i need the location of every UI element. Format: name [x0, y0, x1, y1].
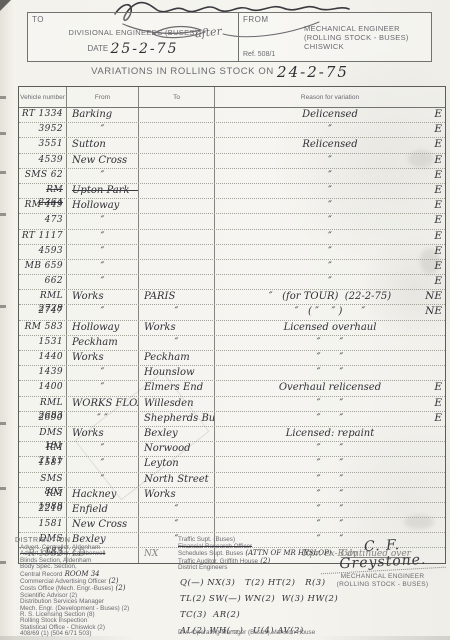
licence-flag: E — [434, 230, 442, 243]
from-cell: ″ — [67, 245, 139, 259]
from-cell: ″ — [67, 457, 139, 471]
from-cell: Works — [67, 427, 139, 441]
vehicle-number-cell: RM 2111 — [19, 442, 67, 456]
reason-text: ″ — [247, 199, 413, 212]
from-line: (ROLLING STOCK - BUSES) — [304, 33, 409, 42]
table-row: 1400″Elmers EndOverhaul relicensedE — [19, 381, 445, 396]
reason-text: Relicensed — [247, 138, 413, 151]
from-line: CHISWICK — [304, 42, 409, 51]
table-row: 2747″″″ ( ″ ″ ) ″NE — [19, 305, 445, 320]
vehicle-number-cell: RM 449 — [19, 199, 67, 213]
reason-cell: ″E — [215, 230, 445, 244]
reason-cell: ″E — [215, 184, 445, 198]
reason-cell: ″ ″ — [215, 442, 445, 456]
distribution-bottom-line: Divl. Operating Manager (Buses) Mansion … — [178, 629, 315, 636]
reason-text: ″ ″ — [247, 366, 413, 379]
table-row: RML 2683WORKS FLOATWillesden″ ″E — [19, 397, 445, 412]
reason-cell: ″E — [215, 214, 445, 228]
to-cell — [139, 123, 215, 137]
header-box: TO DIVISIONAL ENGINEERS (BUSES) DATE 25-… — [27, 12, 432, 62]
licence-flag: E — [434, 412, 442, 425]
to-label: TO — [32, 15, 44, 24]
to-cell: Works — [139, 488, 215, 502]
reason-cell: Overhaul relicensedE — [215, 381, 445, 395]
from-cell: ″ — [67, 230, 139, 244]
variations-table: Vehicle number From To Reason for variat… — [18, 86, 446, 564]
table-row: 1587″Leyton″ ″ — [19, 457, 445, 472]
signatory-title: (ROLLING STOCK - BUSES) — [320, 581, 445, 589]
reason-cell: ″ ″E — [215, 397, 445, 411]
table-row: RM 1988HackneyWorks″ ″ — [19, 488, 445, 503]
from-cell: New Cross — [67, 154, 139, 168]
document-title: VARIATIONS IN ROLLING STOCK ON 24-2-75 — [0, 63, 440, 81]
reason-text: ″ ″ — [247, 473, 413, 486]
from-cell: ″ — [67, 260, 139, 274]
reason-text: ″ ″ — [247, 442, 413, 455]
licence-flag: E — [434, 169, 442, 182]
vehicle-number-cell: 1581 — [19, 518, 67, 532]
handwritten-addition: (2) — [113, 584, 125, 592]
scan-edge-mark — [0, 487, 6, 490]
vehicle-number-cell: RT 1117 — [19, 230, 67, 244]
reason-cell: ″E — [215, 123, 445, 137]
from-cell: WORKS FLOAT — [67, 397, 139, 411]
from-cell: ″ ″ — [67, 412, 139, 426]
reason-cell: ″ ″ — [215, 503, 445, 517]
reason-cell: ″ ″ — [215, 351, 445, 365]
from-cell: Holloway — [67, 199, 139, 213]
reason-cell: RelicensedE — [215, 138, 445, 152]
table-row: RM 449Holloway″E — [19, 199, 445, 214]
vehicle-number-cell: 1439 — [19, 366, 67, 380]
district-code-line: TC(3) AR(2) — [180, 607, 338, 623]
vehicle-number-cell: SMS 805 — [19, 473, 67, 487]
handwritten-addition: (2) — [258, 557, 270, 565]
distribution-item: Central Record ROOM 34 — [20, 571, 180, 578]
vehicle-number-cell: MB 659 — [19, 260, 67, 274]
reason-text: ″ ″ — [247, 397, 413, 410]
licence-flag: E — [434, 245, 442, 258]
scan-corner-artifact — [0, 0, 11, 11]
table-row: 1439″Hounslow″ ″ — [19, 366, 445, 381]
signature-block: C. F. Greystone. MECHANICAL ENGINEER (RO… — [320, 538, 445, 589]
to-cell: Shepherds Bush — [139, 412, 215, 426]
table-row: 2210Enfield″″ ″ — [19, 503, 445, 518]
district-code-line: Q(—) NX(3) T(2) HT(2) R(3) — [180, 575, 338, 591]
to-cell — [139, 138, 215, 152]
to-cell — [139, 230, 215, 244]
reason-cell: ″ ″ — [215, 457, 445, 471]
from-line: MECHANICAL ENGINEER — [304, 24, 409, 33]
from-cell: Peckham — [67, 336, 139, 350]
to-cell: ″ — [139, 503, 215, 517]
signature: C. F. Greystone. — [319, 535, 446, 574]
table-row: RML 2728WorksPARIS″ (for TOUR) (22-2-75)… — [19, 290, 445, 305]
reason-text: ″ (for TOUR) (22-2-75) — [247, 290, 413, 303]
licence-flag: E — [434, 397, 442, 410]
reason-text: ″ — [247, 230, 413, 243]
to-cell — [139, 275, 215, 289]
ref-number: Ref. 508/1 — [243, 51, 275, 58]
from-cell: ″ — [67, 169, 139, 183]
vehicle-number-cell: 473 — [19, 214, 67, 228]
from-cell: Enfield — [67, 503, 139, 517]
vehicle-number-cell: RM 583 — [19, 321, 67, 335]
reason-cell: ″E — [215, 275, 445, 289]
table-row: 4539New Cross″E — [19, 154, 445, 169]
to-value: DIVISIONAL ENGINEERS (BUSES) — [28, 28, 238, 37]
reason-text: ″ ″ — [247, 518, 413, 531]
to-cell: Norwood — [139, 442, 215, 456]
scan-edge-mark — [0, 132, 6, 135]
to-cell — [139, 199, 215, 213]
vehicle-number-cell: RM 2364 — [19, 184, 67, 198]
vehicle-number-cell: DMS 181 — [19, 427, 67, 441]
table-row: RM 583HollowayWorksLicensed overhaul — [19, 321, 445, 336]
from-cell: ″ — [67, 123, 139, 137]
title-printed: VARIATIONS IN ROLLING STOCK ON — [91, 66, 274, 77]
distribution-left-column: Advert. Controller, AldenhamAdvert. Cont… — [20, 545, 180, 638]
table-header: Vehicle number From To Reason for variat… — [19, 87, 445, 108]
vehicle-number-cell: 1400 — [19, 381, 67, 395]
to-cell: Willesden — [139, 397, 215, 411]
vehicle-number-cell: 2690 — [19, 412, 67, 426]
licence-flag: E — [434, 184, 442, 197]
col-header-to: To — [139, 87, 215, 107]
col-header-reason: Reason for variation — [215, 87, 445, 107]
to-cell: Leyton — [139, 457, 215, 471]
table-row: RT 1117″″E — [19, 230, 445, 245]
col-header-from: From — [67, 87, 139, 107]
from-cell: Works — [67, 351, 139, 365]
reason-cell: ″E — [215, 245, 445, 259]
to-cell: Works — [139, 321, 215, 335]
distribution-item: 408/69 (1) (504 6/71 503) — [20, 631, 180, 637]
to-cell — [139, 214, 215, 228]
reason-cell: ″ ″ — [215, 366, 445, 380]
to-cell: North Street — [139, 473, 215, 487]
reason-text: ″ — [247, 260, 413, 273]
reason-text: Licensed: repaint — [247, 427, 413, 440]
reason-text: ″ ″ — [247, 351, 413, 364]
from-cell: New Cross — [67, 518, 139, 532]
scan-edge-mark — [0, 422, 6, 425]
reason-text: ″ ″ — [247, 336, 413, 349]
table-row: RM 2364Upton Park —″E — [19, 184, 445, 199]
table-row: 473″″E — [19, 214, 445, 229]
to-cell — [139, 245, 215, 259]
distribution-title: DISTRIBUTION — [15, 537, 70, 544]
district-code-line: TL(2) SW(—) WN(2) W(3) HW(2) — [180, 591, 338, 607]
table-row: 1581New Cross″″ ″ — [19, 518, 445, 533]
reason-cell: Licensed: repaint — [215, 427, 445, 441]
from-cell: Holloway — [67, 321, 139, 335]
licence-flag: E — [434, 154, 442, 167]
to-cell: TO DIVISIONAL ENGINEERS (BUSES) DATE 25-… — [28, 13, 239, 61]
from-cell: Hackney — [67, 488, 139, 502]
table-row: 2690″ ″Shepherds Bush″ ″E — [19, 412, 445, 427]
from-cell: ″ — [67, 442, 139, 456]
to-cell: PARIS — [139, 290, 215, 304]
title-date: 24-2-75 — [277, 63, 349, 81]
reason-cell: DelicensedE — [215, 108, 445, 122]
scan-edge-mark — [0, 305, 6, 308]
reason-cell: ″ ″E — [215, 412, 445, 426]
from-cell: ″ — [67, 381, 139, 395]
table-row: 3952″″E — [19, 123, 445, 138]
to-cell — [139, 169, 215, 183]
reason-cell: ″E — [215, 199, 445, 213]
licence-flag: NE — [425, 290, 442, 303]
reason-cell: ″ ″ — [215, 488, 445, 502]
to-cell: Peckham — [139, 351, 215, 365]
vehicle-number-cell: 2210 — [19, 503, 67, 517]
to-cell: ″ — [139, 518, 215, 532]
reason-text: ″ ″ — [247, 503, 413, 516]
table-row: RT 1334BarkingDelicensedE — [19, 108, 445, 123]
reason-text: ″ — [247, 154, 413, 167]
table-row: 3551SuttonRelicensedE — [19, 138, 445, 153]
vehicle-number-cell: RML 2683 — [19, 397, 67, 411]
to-cell: Hounslow — [139, 366, 215, 380]
reason-text: ″ ″ — [247, 488, 413, 501]
from-cell: ″ — [67, 473, 139, 487]
reason-text: ″ — [247, 214, 413, 227]
reason-cell: ″ ( ″ ″ ) ″NE — [215, 305, 445, 319]
licence-flag: E — [434, 123, 442, 136]
from-cell: ″ — [67, 275, 139, 289]
vehicle-number-cell: RML 2728 — [19, 290, 67, 304]
vehicle-number-cell: SMS 62 — [19, 169, 67, 183]
vehicle-number-cell: 662 — [19, 275, 67, 289]
date-label: DATE — [88, 44, 109, 53]
reason-cell: Licensed overhaul — [215, 321, 445, 335]
reason-text: Delicensed — [247, 108, 413, 121]
date-value: 25-2-75 — [110, 41, 178, 57]
from-cell: FROM MECHANICAL ENGINEER (ROLLING STOCK … — [239, 13, 431, 61]
vehicle-number-cell: 4539 — [19, 154, 67, 168]
table-row: 4593″″E — [19, 245, 445, 260]
vehicle-number-cell: 3551 — [19, 138, 67, 152]
from-cell: ″ — [67, 366, 139, 380]
licence-flag: NE — [425, 305, 442, 318]
reason-text: Overhaul relicensed — [247, 381, 413, 394]
to-cell: ″ — [139, 336, 215, 350]
from-cell: ″ — [67, 214, 139, 228]
table-row: DMS 181WorksBexleyLicensed: repaint — [19, 427, 445, 442]
licence-flag: E — [434, 260, 442, 273]
vehicle-number-cell: 2747 — [19, 305, 67, 319]
to-cell: Elmers End — [139, 381, 215, 395]
from-cell: Works — [67, 290, 139, 304]
signatory-title: MECHANICAL ENGINEER — [320, 573, 445, 581]
variations-table-body: RT 1334BarkingDelicensedE3952″″E3551Sutt… — [19, 108, 445, 563]
handwritten-addition: (ATTN OF MR HYSLOP) — [243, 549, 331, 557]
table-row: 662″″E — [19, 275, 445, 290]
reason-text: Licensed overhaul — [247, 321, 413, 334]
vehicle-number-cell: 1587 — [19, 457, 67, 471]
scanned-document: after TO DIVISIONAL ENGINEERS (BUSES) DA… — [0, 0, 450, 640]
scan-edge-mark — [0, 213, 6, 216]
reason-text: ″ — [247, 245, 413, 258]
licence-flag: E — [434, 199, 442, 212]
reason-text: ″ — [247, 123, 413, 136]
table-row: MB 659″″E — [19, 260, 445, 275]
from-cell: Sutton — [67, 138, 139, 152]
reason-cell: ″E — [215, 169, 445, 183]
col-header-vehicle-number: Vehicle number — [19, 87, 67, 107]
scan-edge-mark — [0, 561, 6, 564]
vehicle-number-cell: 4593 — [19, 245, 67, 259]
reason-cell: ″ ″ — [215, 473, 445, 487]
reason-cell: ″ ″ — [215, 518, 445, 532]
licence-flag: E — [434, 138, 442, 151]
to-cell — [139, 184, 215, 198]
reason-cell: ″ (for TOUR) (22-2-75)NE — [215, 290, 445, 304]
scan-edge-mark — [0, 96, 6, 99]
from-cell: Upton Park — — [67, 184, 139, 198]
vehicle-number-cell: 1531 — [19, 336, 67, 350]
reason-text: ″ ″ — [247, 457, 413, 470]
table-row: RM 2111″Norwood″ ″ — [19, 442, 445, 457]
to-cell — [139, 154, 215, 168]
reason-text: ″ — [247, 169, 413, 182]
to-cell — [139, 260, 215, 274]
reason-text: ″ ″ — [247, 412, 413, 425]
table-row: SMS 62″″E — [19, 169, 445, 184]
vehicle-number-cell: 3952 — [19, 123, 67, 137]
licence-flag: E — [434, 108, 442, 121]
to-cell: Bexley — [139, 427, 215, 441]
reason-cell: ″ ″ — [215, 336, 445, 350]
reason-text: ″ — [247, 275, 413, 288]
table-row: 1531Peckham″″ ″ — [19, 336, 445, 351]
from-cell: ″ — [67, 305, 139, 319]
scan-edge-mark — [0, 171, 6, 174]
reason-text: ″ — [247, 184, 413, 197]
to-cell — [139, 108, 215, 122]
licence-flag: E — [434, 214, 442, 227]
reason-text: ″ ( ″ ″ ) ″ — [247, 305, 413, 318]
table-row: 1440WorksPeckham″ ″ — [19, 351, 445, 366]
vehicle-number-cell: RM 1988 — [19, 488, 67, 502]
table-row: SMS 805″North Street″ ″ — [19, 473, 445, 488]
licence-flag: E — [434, 275, 442, 288]
vehicle-number-cell: 1440 — [19, 351, 67, 365]
licence-flag: E — [434, 381, 442, 394]
vehicle-number-cell: RT 1334 — [19, 108, 67, 122]
handwritten-addition: ROOM 34 — [62, 570, 99, 578]
reason-cell: ″E — [215, 154, 445, 168]
to-cell: ″ — [139, 305, 215, 319]
reason-cell: ″E — [215, 260, 445, 274]
from-cell: Barking — [67, 108, 139, 122]
from-label: FROM — [243, 15, 269, 24]
